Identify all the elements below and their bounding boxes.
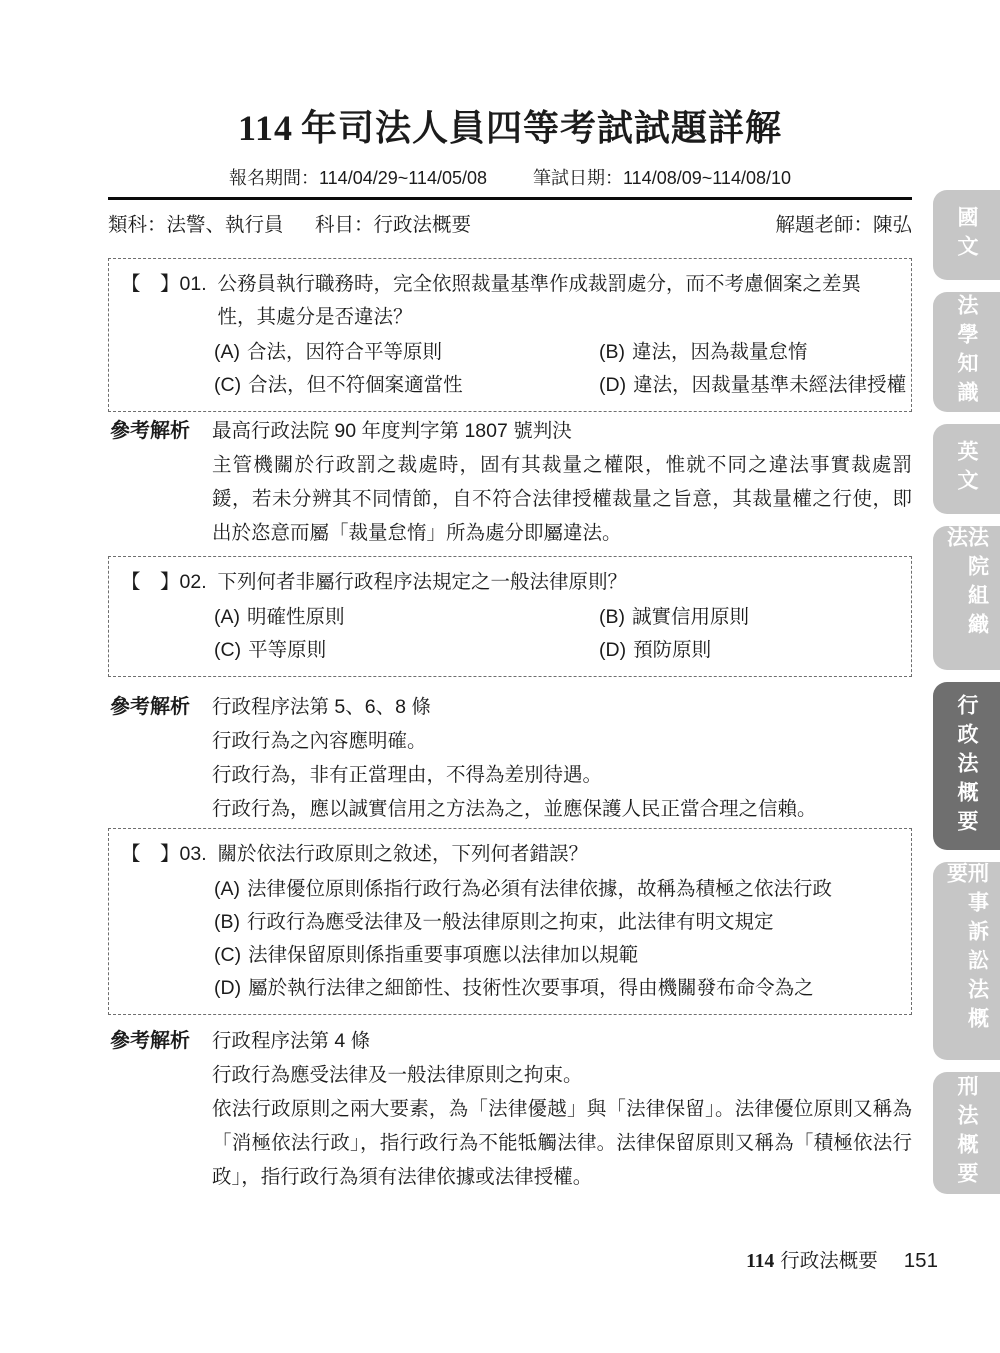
analysis-line: 依法行政原則之兩大要素，為「法律優越」與「法律保留」。法律優位原則又稱為「消極依…: [212, 1092, 912, 1194]
analysis-line: 行政行為應受法律及一般法律原則之拘束。: [212, 1058, 912, 1092]
option-text: 違法，因裁量基準未經法律授權: [633, 374, 906, 396]
option-label: (A): [214, 878, 240, 900]
option-text: 合法，因符合平等原則: [247, 341, 442, 363]
analysis-block-3: 參考解析 行政程序法第 4 條 行政行為應受法律及一般法律原則之拘束。 依法行政…: [108, 1024, 912, 1194]
book-page: 114年司法人員四等考試試題詳解 報名期間：114/04/29~114/05/0…: [0, 0, 1000, 1353]
registration-period: 報名期間：114/04/29~114/05/08: [229, 166, 487, 190]
analysis-line: 主管機關於行政罰之裁處時，固有其裁量之權限，惟就不同之違法事實裁處罰鍰，若未分辨…: [212, 448, 912, 550]
answer-brackets: 【 】: [121, 566, 180, 599]
exam-meta-row: 類科：法警、執行員 科目：行政法概要 解題老師：陳弘: [108, 212, 912, 238]
tab-english: 英文: [933, 424, 1000, 514]
option-b: (B)誠實信用原則: [599, 601, 899, 634]
option-label: (C): [214, 374, 241, 396]
option-label: (C): [214, 639, 241, 661]
footer-year: 114: [746, 1251, 774, 1272]
analysis-line: 行政行為，非有正當理由，不得為差別待遇。: [212, 758, 912, 792]
analysis-block-1: 參考解析 最高行政法院 90 年度判字第 1807 號判決 主管機關於行政罰之裁…: [108, 414, 912, 550]
option-text: 預防原則: [633, 639, 711, 661]
option-label: (B): [214, 911, 240, 933]
option-label: (D): [214, 977, 241, 999]
analysis-label: 參考解析: [110, 414, 190, 448]
option-label: (C): [214, 944, 241, 966]
option-b: (B)行政行為應受法律及一般法律原則之拘束，此法律有明文規定: [214, 906, 899, 939]
options-grid: (A)合法，因符合平等原則 (B)違法，因為裁量怠惰 (C)合法，但不符個案適當…: [214, 336, 899, 402]
question-row: 【 】 01. 公務員執行職務時，完全依照裁量基準作成裁罰處分，而不考慮個案之差…: [121, 268, 899, 334]
options-list: (A)法律優位原則係指行政行為必須有法律依據，故稱為積極之依法行政 (B)行政行…: [214, 873, 899, 1005]
option-label: (A): [214, 341, 240, 363]
question-box-3: 【 】 03. 關於依法行政原則之敘述，下列何者錯誤？ (A)法律優位原則係指行…: [108, 828, 912, 1015]
tab-criminal-law: 刑法概要: [933, 1072, 1000, 1194]
exam-category: 類科：法警、執行員: [108, 214, 284, 236]
option-label: (D): [599, 639, 626, 661]
option-label: (D): [599, 374, 626, 396]
analysis-label: 參考解析: [110, 690, 190, 724]
option-text: 法律保留原則係指重要事項應以法律加以規範: [248, 944, 638, 966]
footer-page-number: 151: [904, 1249, 938, 1272]
subject-tab-index: 國文 法學知識 英文 法院組織法 行政法概要 刑事訴訟法概要 刑法概要: [933, 190, 1000, 1206]
option-d: (D)預防原則: [599, 634, 899, 667]
tab-criminal-procedure-law: 刑事訴訟法概要: [933, 862, 1000, 1060]
question-text: 下列何者非屬行政程序法規定之一般法律原則？: [218, 566, 899, 599]
option-d: (D)違法，因裁量基準未經法律授權: [599, 369, 906, 402]
analysis-line: 最高行政法院 90 年度判字第 1807 號判決: [212, 414, 912, 448]
page-footer: 114行政法概要151: [108, 1248, 938, 1275]
analysis-line: 行政行為，應以誠實信用之方法為之，並應保護人民正當合理之信賴。: [212, 792, 912, 826]
footer-subject: 行政法概要: [780, 1250, 878, 1272]
question-box-2: 【 】 02. 下列何者非屬行政程序法規定之一般法律原則？ (A)明確性原則 (…: [108, 556, 912, 677]
analysis-body: 最高行政法院 90 年度判字第 1807 號判決 主管機關於行政罰之裁處時，固有…: [212, 414, 912, 550]
question-row: 【 】 02. 下列何者非屬行政程序法規定之一般法律原則？: [121, 566, 899, 599]
question-number: 03.: [180, 838, 218, 871]
tab-label: 刑事訴訟法概要: [946, 862, 988, 1060]
tab-chinese: 國文: [933, 190, 1000, 280]
analysis-line: 行政行為之內容應明確。: [212, 724, 912, 758]
option-text: 平等原則: [248, 639, 326, 661]
tab-administrative-law: 行政法概要: [933, 682, 1000, 850]
tab-label: 行政法概要: [956, 694, 977, 839]
analysis-block-2: 參考解析 行政程序法第 5、6、8 條 行政行為之內容應明確。 行政行為，非有正…: [108, 690, 912, 826]
question-text: 關於依法行政原則之敘述，下列何者錯誤？: [218, 838, 899, 871]
title-text: 年司法人員四等考試試題詳解: [301, 107, 782, 148]
option-b: (B)違法，因為裁量怠惰: [599, 336, 906, 369]
option-d: (D)屬於執行法律之細節性、技術性次要事項，得由機關發布命令為之: [214, 972, 899, 1005]
option-text: 合法，但不符個案適當性: [248, 374, 463, 396]
answer-brackets: 【 】: [121, 268, 180, 301]
answer-brackets: 【 】: [121, 838, 180, 871]
header-divider: [108, 197, 912, 200]
tab-label: 法學知識: [956, 294, 977, 410]
option-label: (B): [599, 606, 625, 628]
tab-label: 英文: [956, 440, 977, 498]
title-year: 114: [238, 108, 293, 148]
option-c: (C)法律保留原則係指重要事項應以法律加以規範: [214, 939, 899, 972]
analysis-line: 行政程序法第 4 條: [212, 1024, 912, 1058]
option-text: 屬於執行法律之細節性、技術性次要事項，得由機關發布命令為之: [248, 977, 814, 999]
option-text: 法律優位原則係指行政行為必須有法律依據，故稱為積極之依法行政: [247, 878, 832, 900]
option-label: (A): [214, 606, 240, 628]
option-text: 違法，因為裁量怠惰: [632, 341, 808, 363]
analysis-body: 行政程序法第 4 條 行政行為應受法律及一般法律原則之拘束。 依法行政原則之兩大…: [212, 1024, 912, 1194]
tab-label: 國文: [956, 206, 977, 264]
question-box-1: 【 】 01. 公務員執行職務時，完全依照裁量基準作成裁罰處分，而不考慮個案之差…: [108, 258, 912, 412]
option-a: (A)合法，因符合平等原則: [214, 336, 599, 369]
option-text: 行政行為應受法律及一般法律原則之拘束，此法律有明文規定: [247, 911, 774, 933]
exam-dates-row: 報名期間：114/04/29~114/05/08 筆試日期：114/08/09~…: [108, 166, 912, 190]
option-c: (C)合法，但不符個案適當性: [214, 369, 599, 402]
option-c: (C)平等原則: [214, 634, 599, 667]
instructor: 解題老師：陳弘: [775, 212, 912, 238]
tab-label: 法院組織法: [946, 526, 988, 670]
question-number: 01.: [180, 268, 218, 301]
analysis-label: 參考解析: [110, 1024, 190, 1058]
analysis-body: 行政程序法第 5、6、8 條 行政行為之內容應明確。 行政行為，非有正當理由，不…: [212, 690, 912, 826]
page-title: 114年司法人員四等考試試題詳解: [108, 104, 912, 152]
written-exam-date: 筆試日期：114/08/09~114/08/10: [533, 166, 791, 190]
tab-court-organization-act: 法院組織法: [933, 526, 1000, 670]
tab-label: 刑法概要: [956, 1075, 977, 1191]
option-a: (A)法律優位原則係指行政行為必須有法律依據，故稱為積極之依法行政: [214, 873, 899, 906]
option-text: 明確性原則: [247, 606, 345, 628]
analysis-line: 行政程序法第 5、6、8 條: [212, 690, 912, 724]
option-text: 誠實信用原則: [632, 606, 749, 628]
question-number: 02.: [180, 566, 218, 599]
options-grid: (A)明確性原則 (B)誠實信用原則 (C)平等原則 (D)預防原則: [214, 601, 899, 667]
exam-meta-left: 類科：法警、執行員 科目：行政法概要: [108, 212, 471, 238]
tab-legal-knowledge: 法學知識: [933, 292, 1000, 412]
exam-subject: 科目：行政法概要: [315, 214, 471, 236]
question-text: 公務員執行職務時，完全依照裁量基準作成裁罰處分，而不考慮個案之差異性，其處分是否…: [218, 268, 899, 334]
option-a: (A)明確性原則: [214, 601, 599, 634]
question-row: 【 】 03. 關於依法行政原則之敘述，下列何者錯誤？: [121, 838, 899, 871]
option-label: (B): [599, 341, 625, 363]
